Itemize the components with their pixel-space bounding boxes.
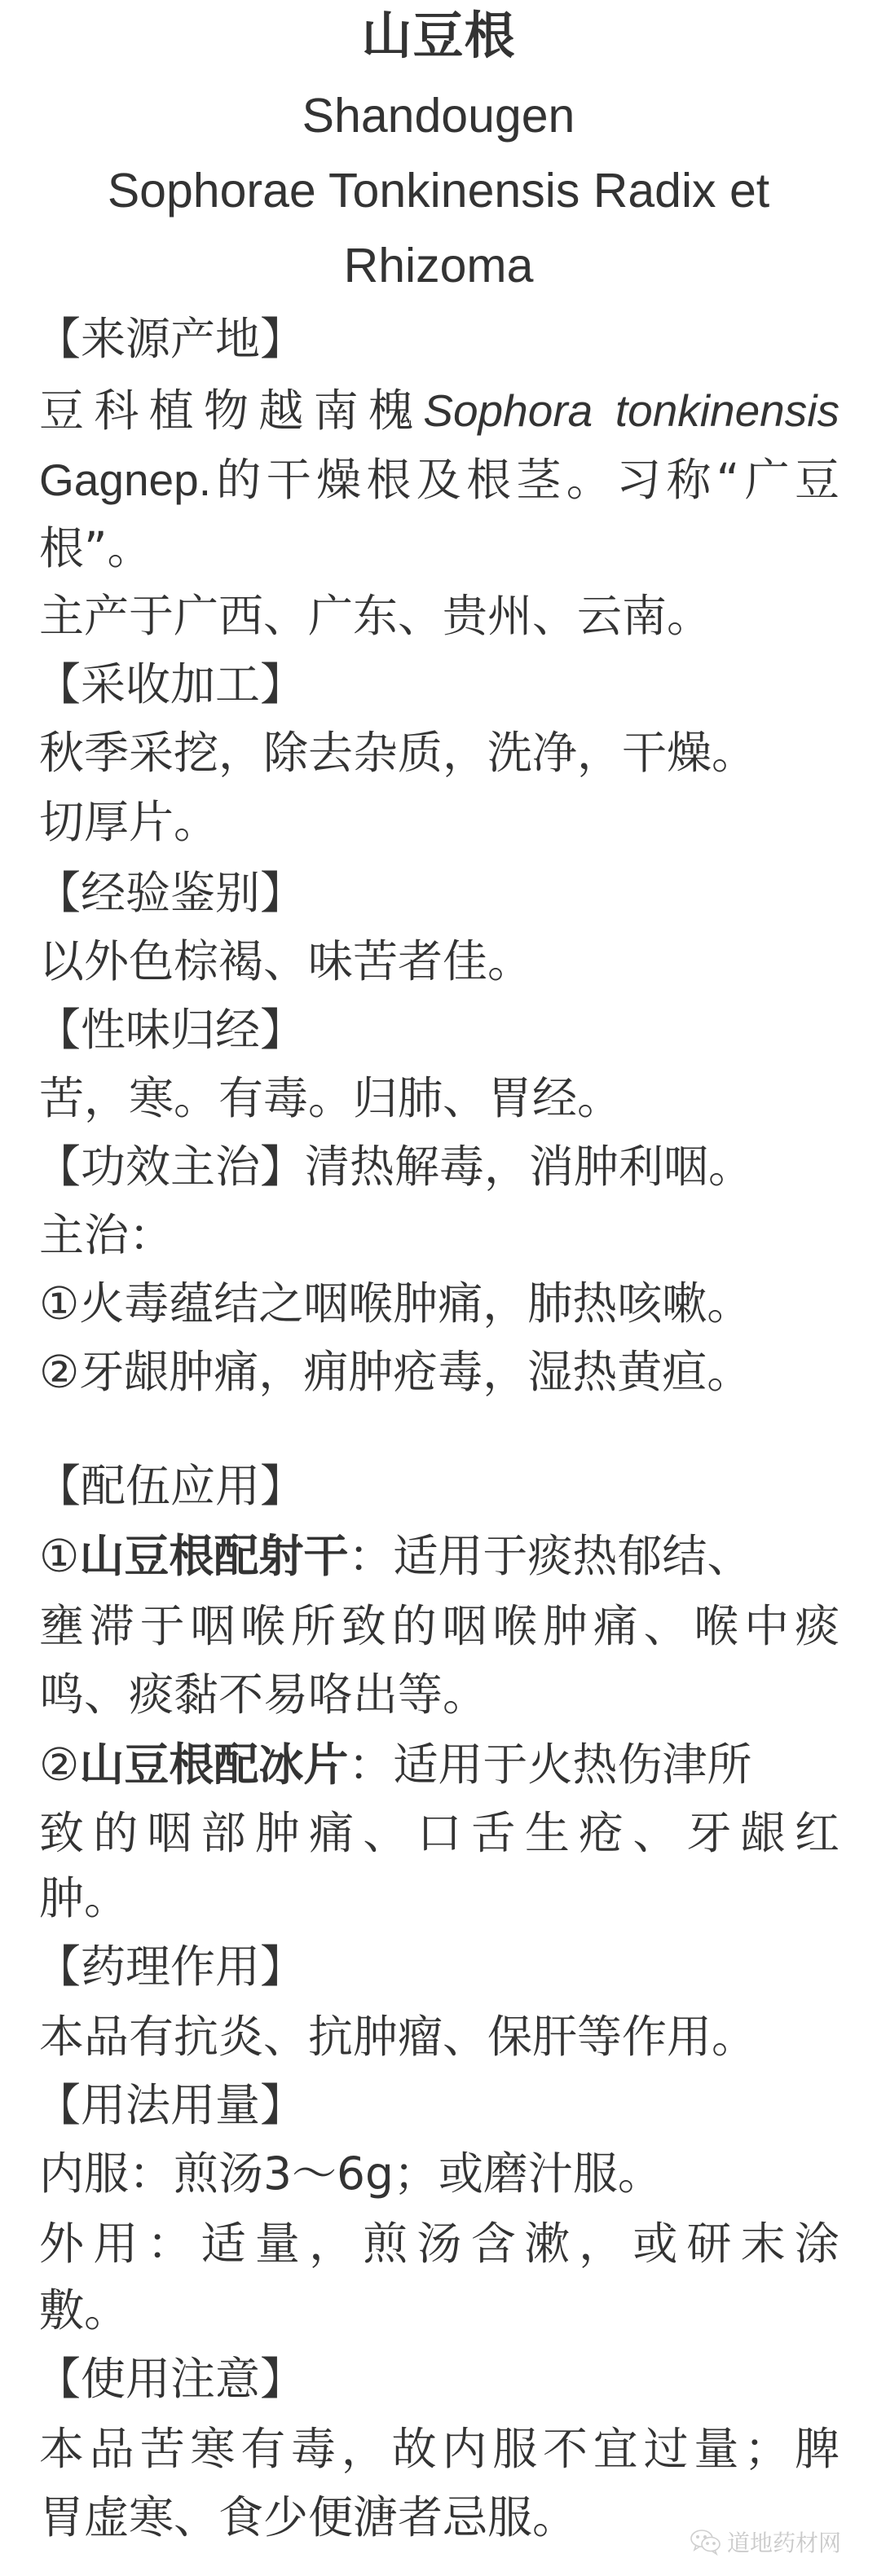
combination-pair-title: 山豆根配射干 [79, 1530, 348, 1582]
item-marker: ② [39, 1739, 79, 1791]
section-heading-harvest: 【采收加工】 [36, 650, 836, 719]
source-text: 的干燥根及根茎。习称“广豆 [211, 454, 840, 506]
harvest-line-1: 秋季采挖，除去杂质，洗净，干燥。 [39, 719, 840, 787]
combination-desc: ：适用于火热伤津所 [348, 1739, 751, 1791]
source-line-3: 根”。 [39, 514, 840, 582]
watermark: 道地药材网 [690, 2522, 841, 2561]
species-author: Gagnep. [39, 455, 211, 505]
dosage-internal: 内服：煎汤3～6g；或磨汁服。 [39, 2139, 840, 2208]
section-heading-efficacy: 【功效主治】清热解毒，消肿利咽。 [36, 1132, 836, 1201]
combination-desc: ：适用于痰热郁结、 [348, 1530, 751, 1582]
herb-title: 山豆根 [0, 2, 877, 70]
efficacy-indication-1: ①火毒蕴结之咽喉肿痛，肺热咳嗽。 [39, 1269, 840, 1338]
source-origin: 主产于广西、广东、贵州、云南。 [39, 582, 840, 650]
efficacy-summary: 清热解毒，消肿利咽。 [305, 1141, 753, 1193]
watermark-text: 道地药材网 [727, 2525, 841, 2558]
section-heading-pharmacology: 【药理作用】 [36, 1932, 836, 2001]
section-heading-dosage: 【用法用量】 [36, 2071, 836, 2139]
combination-item-1-line-1: ①山豆根配射干：适用于痰热郁结、 [39, 1522, 840, 1590]
combination-item-2-line-1: ②山豆根配冰片：适用于火热伤津所 [39, 1730, 840, 1799]
combination-item-2-line-2: 致的咽部肿痛、口舌生疮、牙龈红 [39, 1799, 840, 1867]
section-heading-identification: 【经验鉴别】 [36, 859, 836, 927]
efficacy-indication-2: ②牙龈肿痛，痈肿疮毒，湿热黄疸。 [39, 1338, 840, 1406]
section-heading-precautions: 【使用注意】 [36, 2345, 836, 2413]
dosage-external-line-1: 外用：适量，煎汤含漱，或研末涂 [39, 2209, 840, 2278]
source-line-1: 豆科植物越南槐Sophora tonkinensis [39, 376, 840, 445]
herb-latin-name-line1: Sophorae Tonkinensis Radix et [24, 153, 853, 228]
harvest-line-2: 切厚片。 [39, 788, 840, 856]
item-marker: ① [39, 1530, 79, 1582]
nature-line-1: 苦，寒。有毒。归肺、胃经。 [39, 1064, 840, 1132]
pharmacology-line-1: 本品有抗炎、抗肿瘤、保肝等作用。 [39, 2002, 840, 2071]
section-heading-source: 【来源产地】 [36, 305, 836, 373]
dosage-external-line-2: 敷。 [39, 2276, 840, 2345]
efficacy-heading: 【功效主治】 [36, 1141, 305, 1193]
combination-item-1-line-3: 鸣、痰黏不易咯出等。 [39, 1660, 840, 1729]
combination-item-2-line-3: 肿。 [39, 1864, 840, 1932]
section-heading-nature: 【性味归经】 [36, 996, 836, 1064]
identification-line-1: 以外色棕褐、味苦者佳。 [39, 927, 840, 996]
section-heading-combination: 【配伍应用】 [36, 1452, 836, 1520]
combination-item-1-line-2: 壅滞于咽喉所致的咽喉肿痛、喉中痰 [39, 1592, 840, 1660]
wechat-icon [690, 2528, 722, 2556]
species-latin-name: Sophora tonkinensis [423, 385, 840, 436]
combination-pair-title: 山豆根配冰片 [79, 1739, 348, 1791]
herb-pinyin: Shandougen [24, 78, 853, 153]
precautions-line-1: 本品苦寒有毒，故内服不宜过量；脾 [39, 2415, 840, 2483]
herb-latin-name-line2: Rhizoma [24, 228, 853, 303]
source-text: 豆科植物越南槐 [39, 385, 423, 437]
source-line-2: Gagnep.的干燥根及根茎。习称“广豆 [39, 446, 840, 514]
efficacy-indications-label: 主治： [39, 1201, 840, 1269]
